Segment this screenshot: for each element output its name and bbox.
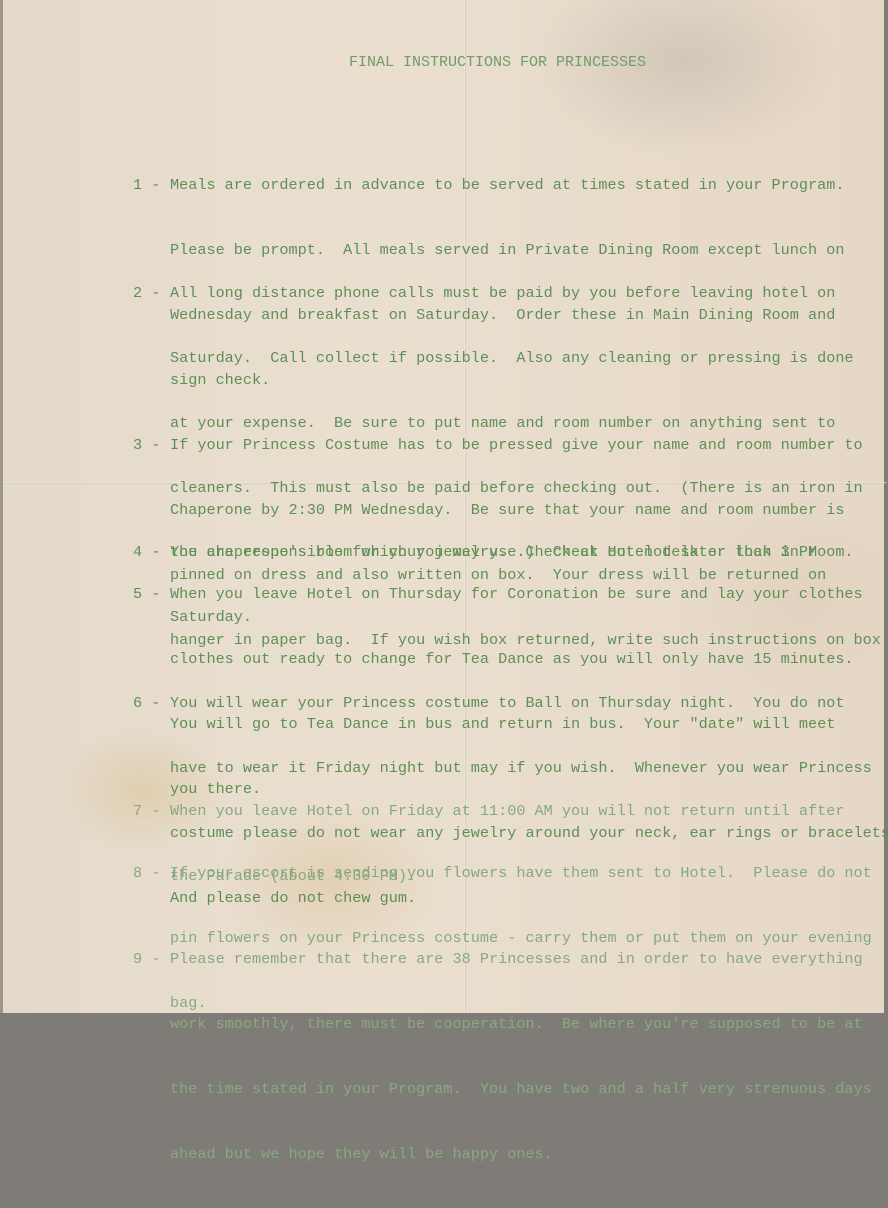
item-number: 6 - (133, 693, 170, 715)
item-line: If your Princess Costume has to be press… (170, 436, 863, 454)
item-line: Please remember that there are 38 Prince… (170, 950, 863, 968)
item-line: When you leave Hotel on Thursday for Cor… (170, 585, 863, 603)
document-page: FINAL INSTRUCTIONS FOR PRINCESSES 1 -Mea… (0, 0, 884, 1013)
item-number: 1 - (133, 175, 170, 197)
item-line: Meals are ordered in advance to be serve… (170, 176, 844, 194)
item-number: 2 - (133, 283, 170, 305)
item-line: All long distance phone calls must be pa… (170, 284, 835, 302)
instruction-item-9: 9 -Please remember that there are 38 Pri… (133, 906, 872, 1024)
item-number: 5 - (133, 584, 170, 606)
item-line: When you leave Hotel on Friday at 11:00 … (170, 802, 844, 820)
document-title: FINAL INSTRUCTIONS FOR PRINCESSES (349, 54, 646, 71)
item-line: If your escort is sending you flowers ha… (170, 864, 872, 882)
item-number: 9 - (133, 949, 170, 971)
item-line: You will wear your Princess costume to B… (170, 694, 844, 712)
item-line: Saturday. Call collect if possible. Also… (133, 348, 863, 370)
item-line: work smoothly, there must be cooperation… (133, 1014, 872, 1024)
item-number: 3 - (133, 435, 170, 457)
item-number: 8 - (133, 863, 170, 885)
